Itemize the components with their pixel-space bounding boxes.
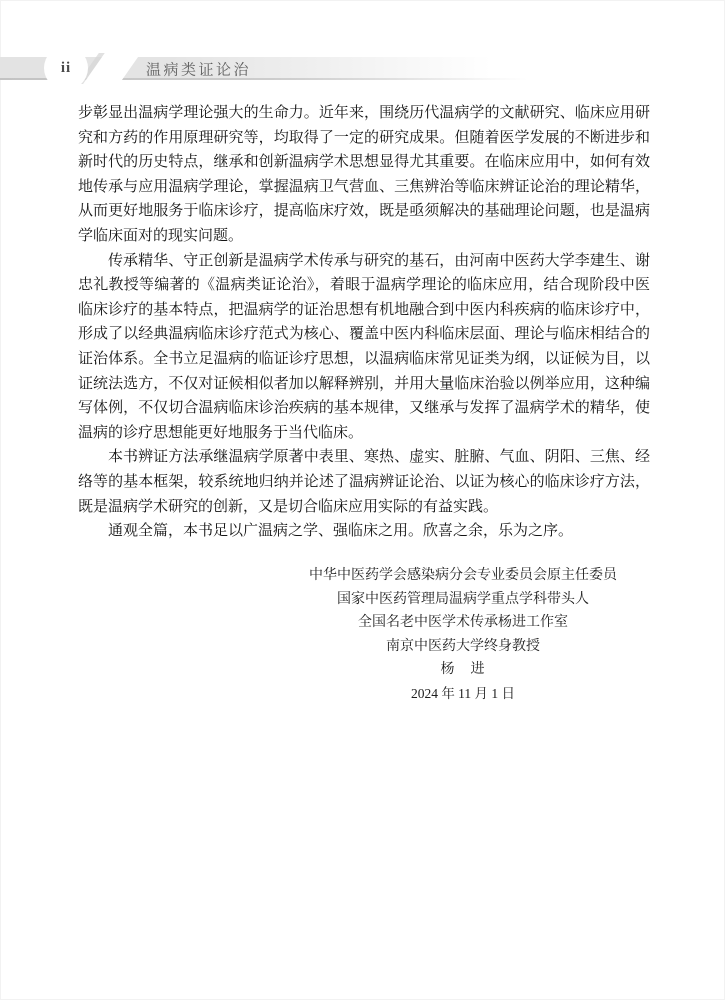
paragraph: 传承精华、守正创新是温病学术传承与研究的基石，由河南中医药大学李建生、谢忠礼教授…	[78, 249, 650, 446]
signature-line: 国家中医药管理局温病学重点学科带头人	[177, 588, 725, 612]
running-header: ii 温病类证论治	[0, 57, 600, 80]
signature-name: 杨 进	[177, 658, 725, 682]
signature-block: 中华中医药学会感染病分会专业委员会原主任委员 国家中医药管理局温病学重点学科带头…	[177, 564, 725, 705]
signature-line: 全国名老中医学术传承杨进工作室	[177, 611, 725, 635]
paragraph: 本书辨证方法承继温病学原著中表里、寒热、虚实、脏腑、气血、阴阳、三焦、经络等的基…	[78, 445, 650, 519]
preface-body: 步彰显出温病学理论强大的生命力。近年来，围绕历代温病学的文献研究、临床应用研究和…	[78, 101, 650, 544]
signature-date: 2024 年 11 月 1 日	[177, 682, 725, 706]
signature-line: 中华中医药学会感染病分会专业委员会原主任委员	[177, 564, 725, 588]
page-number-badge: ii	[44, 46, 88, 90]
book-page: ii 温病类证论治 步彰显出温病学理论强大的生命力。近年来，围绕历代温病学的文献…	[0, 0, 725, 1000]
page-number: ii	[61, 60, 71, 77]
paragraph: 步彰显出温病学理论强大的生命力。近年来，围绕历代温病学的文献研究、临床应用研究和…	[78, 101, 650, 249]
paragraph: 通观全篇，本书足以广温病之学、强临床之用。欣喜之余，乐为之序。	[78, 519, 650, 544]
signature-line: 南京中医药大学终身教授	[177, 635, 725, 659]
running-title: 温病类证论治	[146, 58, 251, 79]
